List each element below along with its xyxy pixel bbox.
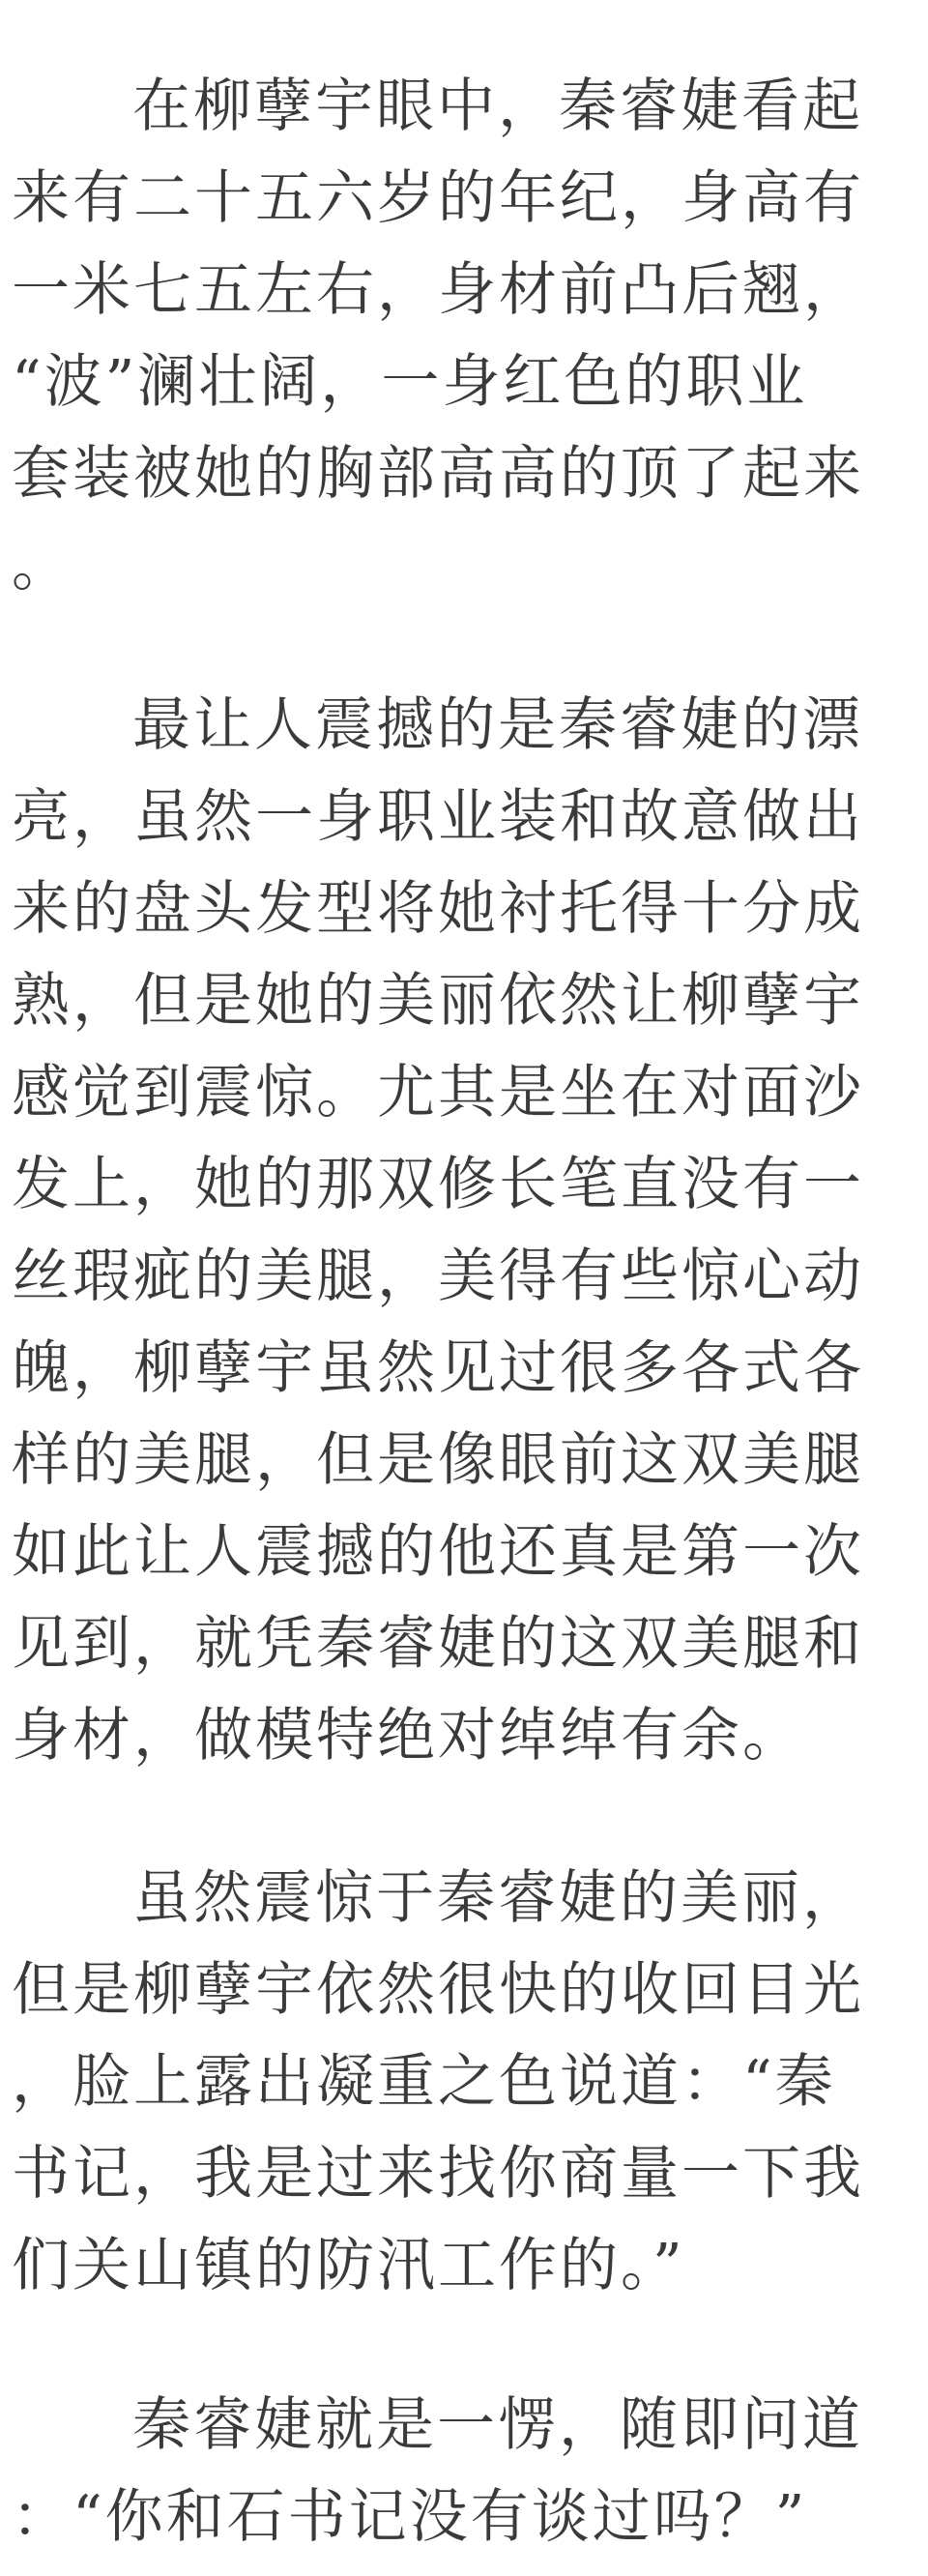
article-page: 在柳孽宇眼中，秦睿婕看起 来有二十五六岁的年纪，身高有 一米七五左右，身材前凸后… <box>0 0 928 2576</box>
paragraph-line: 但是柳孽宇依然很快的收回目光 <box>12 1951 920 2029</box>
paragraph-line: 感觉到震惊。尤其是坐在对面沙 <box>12 1054 920 1131</box>
paragraph-line: 最让人震撼的是秦睿婕的漂 <box>132 687 928 764</box>
paragraph-line: 见到，就凭秦睿婕的这双美腿和 <box>12 1605 920 1683</box>
paragraph-line: 们关山镇的防汛工作的。” <box>12 2227 920 2304</box>
paragraph-line: 秦睿婕就是一愣，随即问道 <box>132 2386 928 2464</box>
paragraph-line: 丝瑕疵的美腿，美得有些惊心动 <box>12 1238 920 1315</box>
paragraph-line: “波”澜壮阔，一身红色的职业 <box>12 343 920 421</box>
paragraph-line: 套装被她的胸部高高的顶了起来 <box>12 435 920 512</box>
paragraph-line: 魄，柳孽宇虽然见过很多各式各 <box>12 1330 920 1407</box>
paragraph-line: 一米七五左右，身材前凸后翘， <box>12 251 920 329</box>
paragraph-line: 来的盘头发型将她衬托得十分成 <box>12 870 920 948</box>
paragraph-line: ，脸上露出凝重之色说道：“秦 <box>12 2043 920 2121</box>
paragraph-line: ：“你和石书记没有谈过吗？” <box>12 2478 920 2556</box>
paragraph-line: 熟，但是她的美丽依然让柳孽宇 <box>12 962 920 1039</box>
paragraph-line: 亮，虽然一身职业装和故意做出 <box>12 778 920 856</box>
paragraph-line: 来有二十五六岁的年纪，身高有 <box>12 160 920 237</box>
paragraph-line: 虽然震惊于秦睿婕的美丽， <box>132 1859 928 1937</box>
paragraph-line: 发上，她的那双修长笔直没有一 <box>12 1146 920 1223</box>
paragraph-line: 样的美腿，但是像眼前这双美腿 <box>12 1421 920 1499</box>
paragraph-line: 。 <box>12 527 920 604</box>
paragraph-line: 书记，我是过来找你商量一下我 <box>12 2135 920 2212</box>
paragraph-line: 在柳孽宇眼中，秦睿婕看起 <box>132 68 928 145</box>
paragraph-line: 身材，做模特绝对绰绰有余。 <box>12 1697 920 1774</box>
paragraph-line: 如此让人震撼的他还真是第一次 <box>12 1513 920 1591</box>
